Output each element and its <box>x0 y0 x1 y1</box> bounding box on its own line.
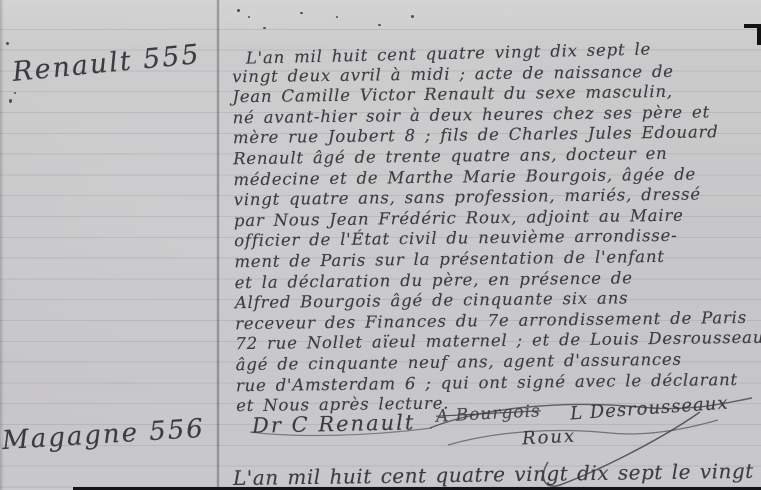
ink-speck <box>6 42 9 45</box>
registry-page: Renault 555 Magagne 556 L'an mil huit ce… <box>0 0 761 490</box>
signature-declarant: Dr C Renault <box>252 410 416 437</box>
binding-mark <box>757 24 761 45</box>
ink-speck <box>237 9 240 12</box>
margin-entry-renault: Renault 555 <box>11 39 202 88</box>
ink-speck <box>300 12 303 14</box>
ink-speck <box>336 16 338 18</box>
next-act-first-line: L'an mil huit cent quatre vingt dix sept… <box>233 458 761 490</box>
signature-officer-roux: Roux <box>521 426 576 450</box>
birth-act-text: L'an mil huit cent quatre vingt dix sept… <box>232 40 760 417</box>
ink-speck <box>9 99 12 103</box>
left-edge-shadow <box>0 0 4 490</box>
ink-speck <box>378 24 381 26</box>
ink-speck <box>248 16 250 18</box>
signature-witness-bourgois: A Bourgois <box>436 401 542 426</box>
margin-entry-magagne: Magagne 556 <box>1 414 205 456</box>
ink-speck <box>263 27 266 29</box>
ink-speck <box>411 15 414 18</box>
ink-speck <box>14 92 16 94</box>
margin-rule-line <box>217 0 219 490</box>
